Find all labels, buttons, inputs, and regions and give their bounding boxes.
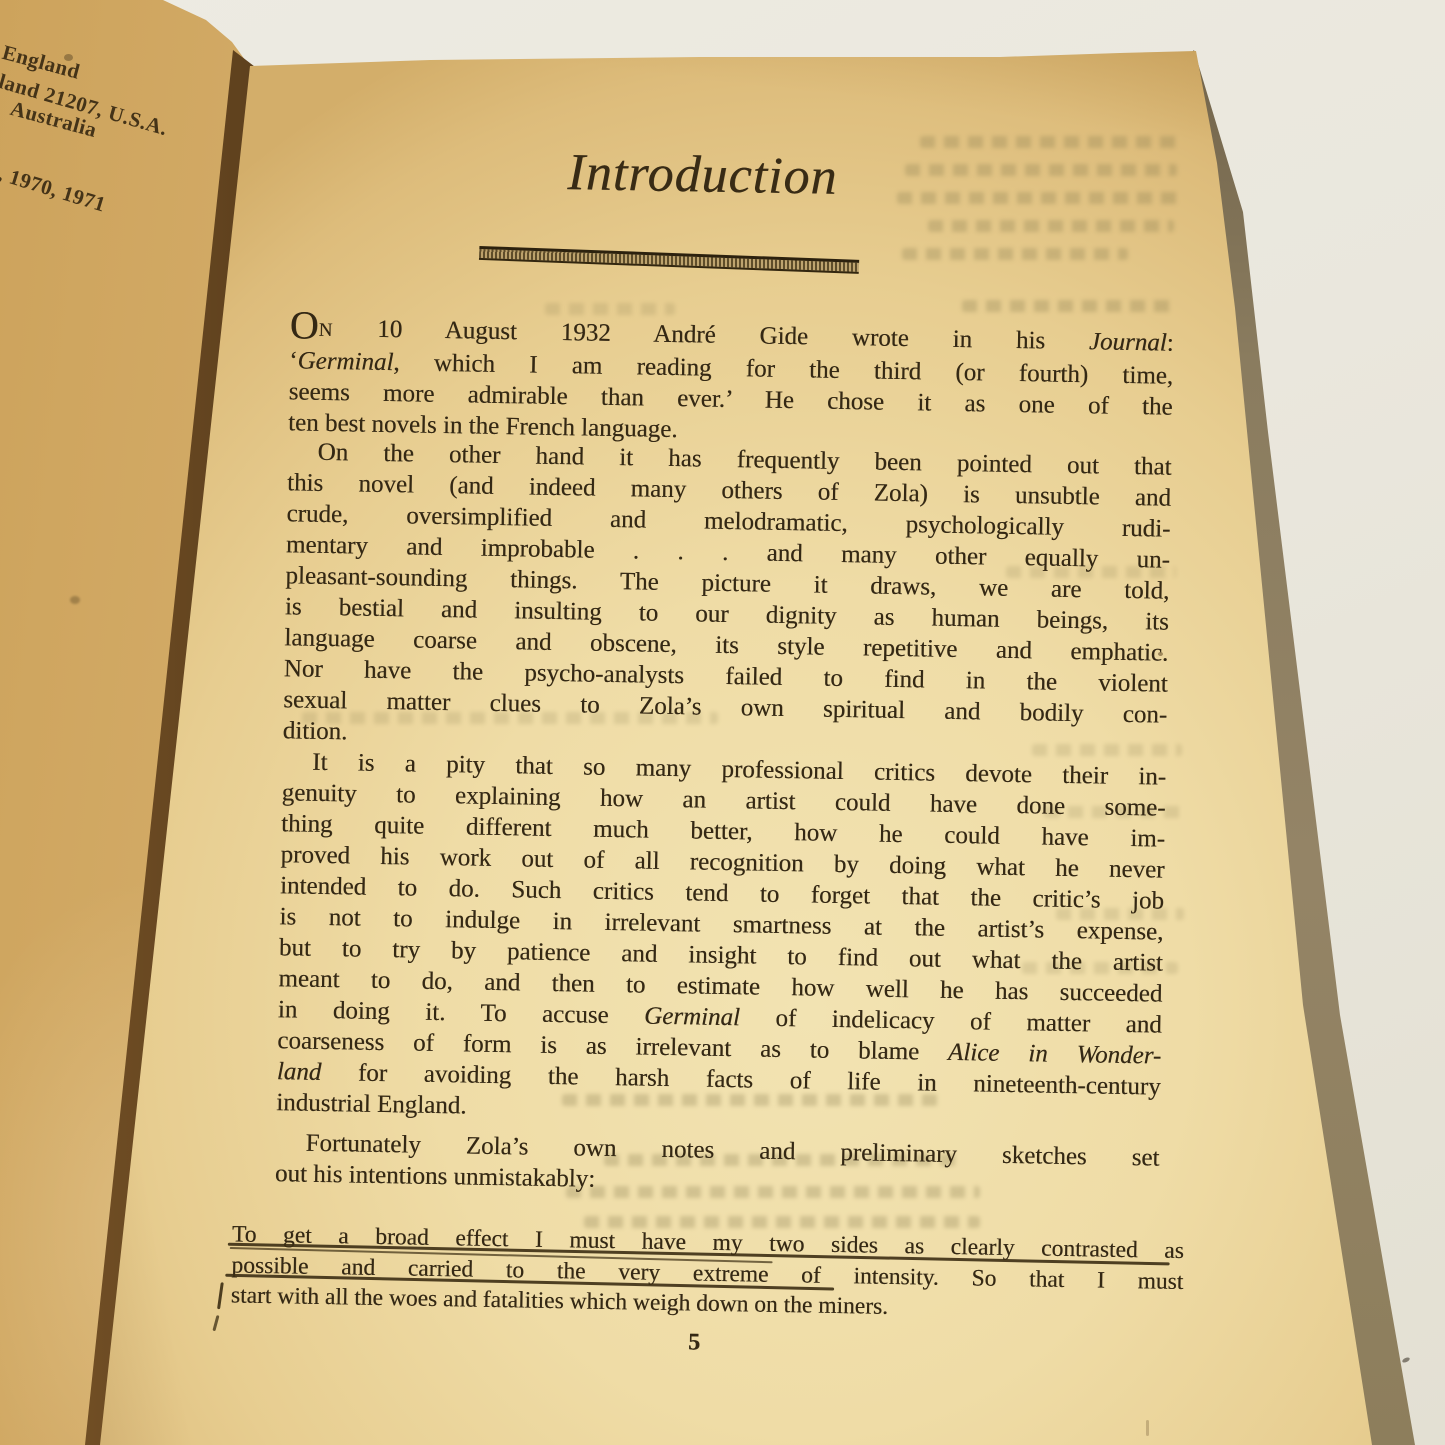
dust-speck (1402, 1356, 1411, 1363)
block-quote: To get a broad effect I must have my two… (231, 1219, 1184, 1327)
copyright-fragment: 0, 1970, 1971 (0, 158, 109, 218)
small-cap: N (318, 320, 333, 341)
paper-stain (70, 596, 80, 604)
italic-segment: land (277, 1058, 322, 1086)
pen-mark (212, 1315, 219, 1331)
paragraph: Fortunately Zola’s own notes and prelimi… (275, 1127, 1160, 1204)
printed-text-block: Introduction ON 10 August 1932 André Gid… (271, 0, 1180, 1428)
paragraph: ON 10 August 1932 André Gide wrote in hi… (288, 312, 1174, 453)
copyright-fragment: England (0, 40, 83, 85)
text-segment: in doing it. To accuse (278, 996, 645, 1029)
copyright-fragment: Australia (8, 96, 100, 143)
italic-segment: Journal (1089, 328, 1167, 356)
italic-segment: Germinal (644, 1003, 740, 1032)
italic-segment: Alice in Wonder- (948, 1039, 1162, 1070)
title-rule (479, 246, 859, 274)
paper-stain (64, 54, 73, 61)
initial-capital: O (289, 302, 319, 347)
italic-segment: Germinal (297, 347, 393, 376)
copyright-fragment: yland 21207, U.S.A. (0, 66, 171, 141)
page-number: 5 (252, 1322, 1136, 1364)
book-photo: England yland 21207, U.S.A. Australia 0,… (0, 0, 1445, 1445)
paragraph: It is a pity that so many professional c… (276, 746, 1166, 1133)
pen-mark (217, 1282, 224, 1309)
text-segment: : (1167, 330, 1174, 357)
paragraph: On the other hand it has frequently been… (283, 436, 1172, 761)
chapter-title: Introduction (260, 138, 1145, 212)
